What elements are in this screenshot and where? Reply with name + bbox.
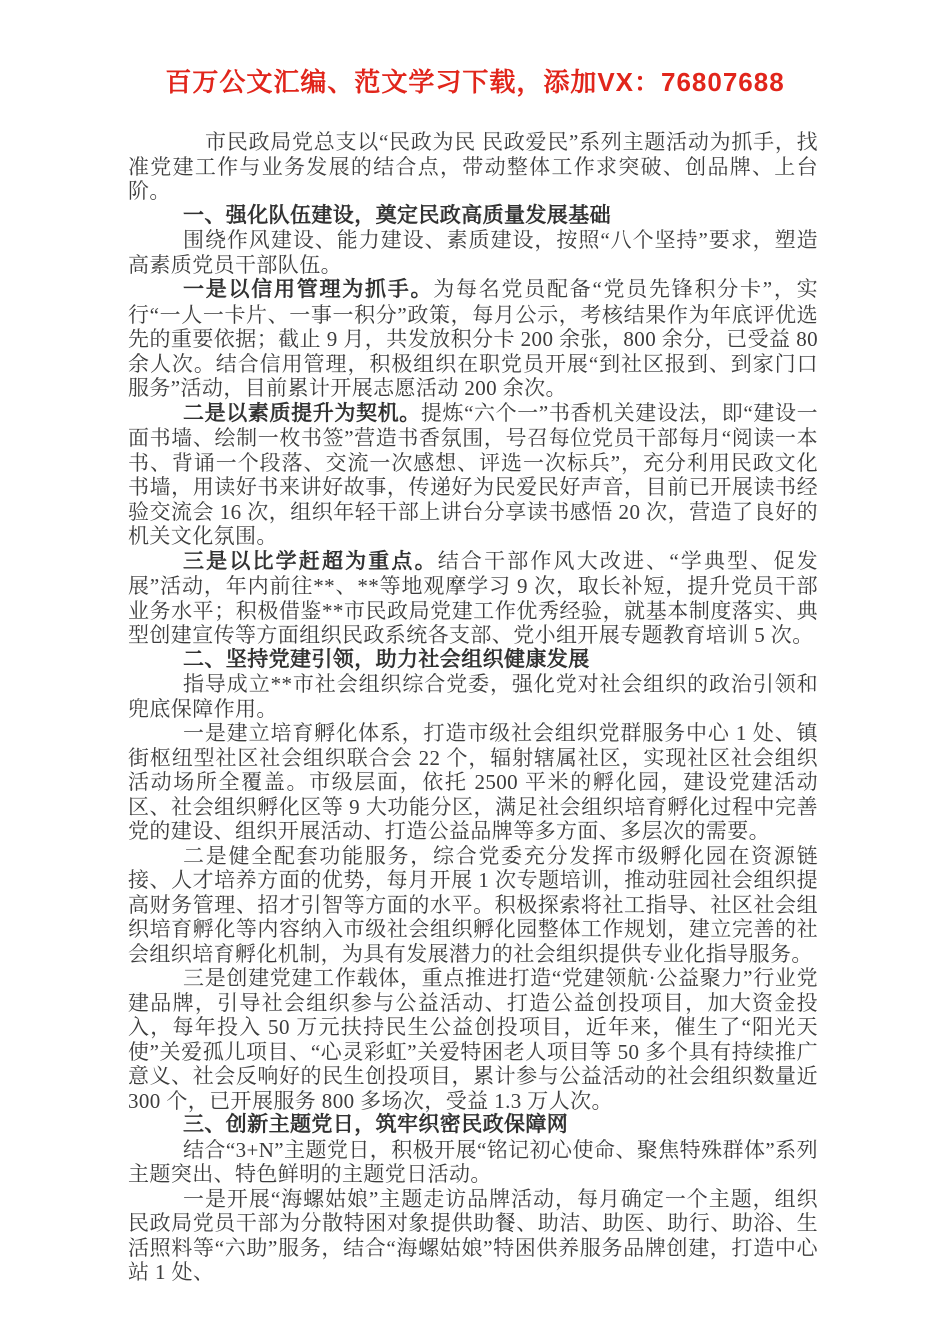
section-heading: 一、强化队伍建设，奠定民政高质量发展基础: [128, 204, 818, 229]
section-heading: 三、创新主题党日，筑牢织密民政保障网: [128, 1113, 818, 1138]
paragraph-lead-text: 二是以素质提升为契机。: [183, 402, 421, 425]
paragraph: 指导成立**市社会组织综合党委，强化党对社会组织的政治引领和兜底保障作用。: [128, 672, 818, 721]
paragraph: 围绕作风建设、能力建设、素质建设，按照“八个坚持”要求，塑造高素质党员干部队伍。: [128, 228, 818, 277]
paragraph: 三是以比学赶超为重点。结合干部作风大改进、“学典型、促发展”活动，年内前往**、…: [128, 549, 818, 648]
paragraph: 结合“3+N”主题党日，积极开展“铭记初心使命、聚焦特殊群体”系列主题突出、特色…: [128, 1138, 818, 1187]
paragraph: 一是建立培育孵化体系，打造市级社会组织党群服务中心 1 处、镇街枢纽型社区社会组…: [128, 721, 818, 844]
paragraph: 一是以信用管理为抓手。为每名党员配备“党员先锋积分卡”，实行“一人一卡片、一事一…: [128, 277, 818, 401]
paragraph: 三是创建党建工作载体，重点推进打造“党建领航·公益聚力”行业党建品牌，引导社会组…: [128, 966, 818, 1113]
document-page: 百万公文汇编、范文学习下载，添加VX：76807688 市民政局党总支以“民政为…: [0, 0, 950, 1344]
piracy-notice-header: 百万公文汇编、范文学习下载，添加VX：76807688: [128, 66, 822, 98]
paragraph-lead-text: 一是以信用管理为抓手。: [183, 278, 433, 301]
paragraph: 市民政局党总支以“民政为民 民政爱民”系列主题活动为抓手，找准党建工作与业务发展…: [128, 130, 818, 204]
section-heading: 二、坚持党建引领，助力社会组织健康发展: [128, 648, 818, 673]
paragraph: 二是健全配套功能服务，综合党委充分发挥市级孵化园在资源链接、人才培养方面的优势，…: [128, 844, 818, 967]
paragraph: 一是开展“海螺姑娘”主题走访品牌活动，每月确定一个主题，组织民政局党员干部为分散…: [128, 1187, 818, 1285]
paragraph-lead-text: 三是以比学赶超为重点。: [183, 550, 438, 573]
document-body: 市民政局党总支以“民政为民 民政爱民”系列主题活动为抓手，找准党建工作与业务发展…: [128, 130, 818, 1285]
paragraph: 二是以素质提升为契机。提炼“六个一”书香机关建设法，即“建设一面书墙、绘制一枚书…: [128, 401, 818, 549]
